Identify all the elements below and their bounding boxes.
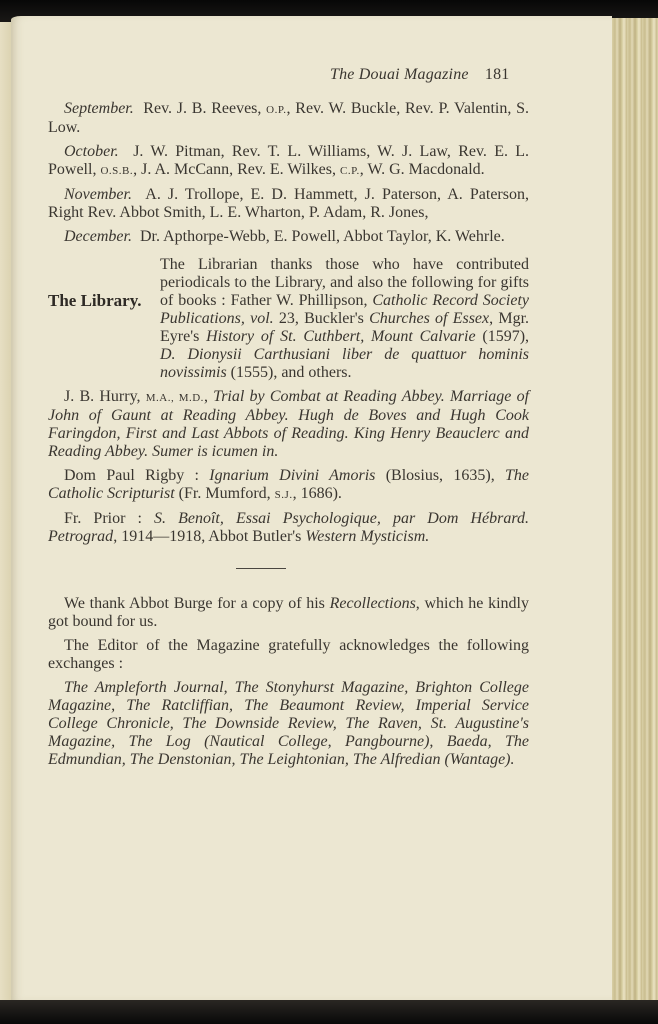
library-hurry: J. B. Hurry, M.A., M.D., Trial by Combat… [48, 388, 529, 461]
month-label: November. [64, 186, 132, 203]
library-intro: The Librarian thanks those who have cont… [160, 256, 529, 382]
visitors-september: September. Rev. J. B. Reeves, O.P., Rev.… [48, 100, 529, 137]
page-body: September. Rev. J. B. Reeves, O.P., Rev.… [48, 100, 529, 775]
book-cover-bottom [0, 1000, 658, 1024]
library-heading: The Library. [48, 292, 160, 310]
visitors-november: November. A. J. Trollope, E. D. Hammett,… [48, 186, 529, 222]
month-label: December. [64, 228, 132, 245]
exchanges-list: The Ampleforth Journal, The Stonyhurst M… [48, 679, 529, 769]
running-title: The Douai Magazine [330, 66, 469, 83]
library-section: The Library. The Librarian thanks those … [48, 256, 529, 382]
month-label: October. [64, 143, 119, 160]
visitors-october: October. J. W. Pitman, Rev. T. L. Willia… [48, 143, 529, 180]
running-head: The Douai Magazine 181 [330, 66, 530, 84]
section-divider [236, 568, 286, 569]
visitors-december: December. Dr. Apthorpe-Webb, E. Powell, … [48, 228, 529, 246]
library-prior: Fr. Prior : S. Benoît, Essai Psychologiq… [48, 510, 529, 546]
library-rigby: Dom Paul Rigby : Ignarium Divini Amoris … [48, 467, 529, 504]
burge-acknowledgement: We thank Abbot Burge for a copy of his R… [48, 595, 529, 631]
page-stack-edge [612, 18, 658, 1000]
page-number: 181 [485, 66, 510, 83]
month-label: September. [64, 100, 134, 117]
editor-acknowledgement: The Editor of the Magazine gratefully ac… [48, 637, 529, 673]
